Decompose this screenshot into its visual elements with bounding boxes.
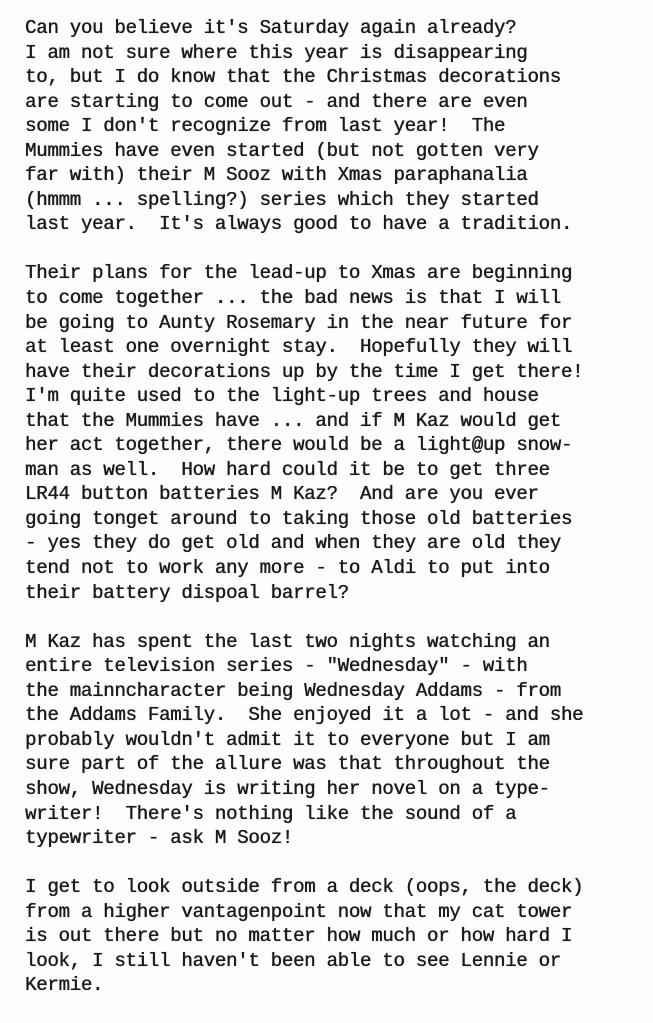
text-line: far with) their M Sooz with Xmas parapha… xyxy=(25,163,650,188)
paragraph-3: M Kaz has spent the last two nights watc… xyxy=(25,630,650,851)
text-line: I get to look outside from a deck (oops,… xyxy=(25,875,650,900)
text-line: probably wouldn't admit it to everyone b… xyxy=(25,728,650,753)
text-line: - yes they do get old and when they are … xyxy=(25,531,650,556)
text-line: to, but I do know that the Christmas dec… xyxy=(25,65,650,90)
text-line: have their decorations up by the time I … xyxy=(25,360,650,385)
text-line: Kermie. xyxy=(25,973,650,998)
text-line: their battery dispoal barrel? xyxy=(25,581,650,606)
paragraph-2: Their plans for the lead-up to Xmas are … xyxy=(25,261,650,605)
text-line: man as well. How hard could it be to get… xyxy=(25,458,650,483)
text-line: last year. It's always good to have a tr… xyxy=(25,212,650,237)
text-line: show, Wednesday is writing her novel on … xyxy=(25,777,650,802)
text-line: Mummies have even started (but not gotte… xyxy=(25,139,650,164)
text-line: the Addams Family. She enjoyed it a lot … xyxy=(25,703,650,728)
paragraph-1: Can you believe it's Saturday again alre… xyxy=(25,16,650,237)
text-line: to come together ... the bad news is tha… xyxy=(25,286,650,311)
text-line: writer! There's nothing like the sound o… xyxy=(25,802,650,827)
text-line: be going to Aunty Rosemary in the near f… xyxy=(25,311,650,336)
paragraph-gap xyxy=(25,237,650,262)
text-line: going tonget around to taking those old … xyxy=(25,507,650,532)
text-line: is out there but no matter how much or h… xyxy=(25,924,650,949)
text-line: I'm quite used to the light-up trees and… xyxy=(25,384,650,409)
paragraph-gap xyxy=(25,605,650,630)
text-line: (hmmm ... spelling?) series which they s… xyxy=(25,188,650,213)
text-line: look, I still haven't been able to see L… xyxy=(25,949,650,974)
paragraph-4: I get to look outside from a deck (oops,… xyxy=(25,875,650,998)
document-body: Can you believe it's Saturday again alre… xyxy=(25,16,650,998)
text-line: at least one overnight stay. Hopefully t… xyxy=(25,335,650,360)
typewritten-page: Can you believe it's Saturday again alre… xyxy=(0,0,653,1023)
text-line: some I don't recognize from last year! T… xyxy=(25,114,650,139)
text-line: entire television series - "Wednesday" -… xyxy=(25,654,650,679)
text-line: are starting to come out - and there are… xyxy=(25,90,650,115)
text-line: I am not sure where this year is disappe… xyxy=(25,41,650,66)
text-line: the mainncharacter being Wednesday Addam… xyxy=(25,679,650,704)
text-line: her act together, there would be a light… xyxy=(25,433,650,458)
paragraph-gap xyxy=(25,851,650,876)
text-line: Their plans for the lead-up to Xmas are … xyxy=(25,261,650,286)
text-line: from a higher vantagenpoint now that my … xyxy=(25,900,650,925)
text-line: typewriter - ask M Sooz! xyxy=(25,826,650,851)
text-line: M Kaz has spent the last two nights watc… xyxy=(25,630,650,655)
text-line: sure part of the allure was that through… xyxy=(25,752,650,777)
text-line: LR44 button batteries M Kaz? And are you… xyxy=(25,482,650,507)
text-line: tend not to work any more - to Aldi to p… xyxy=(25,556,650,581)
text-line: that the Mummies have ... and if M Kaz w… xyxy=(25,409,650,434)
text-line: Can you believe it's Saturday again alre… xyxy=(25,16,650,41)
